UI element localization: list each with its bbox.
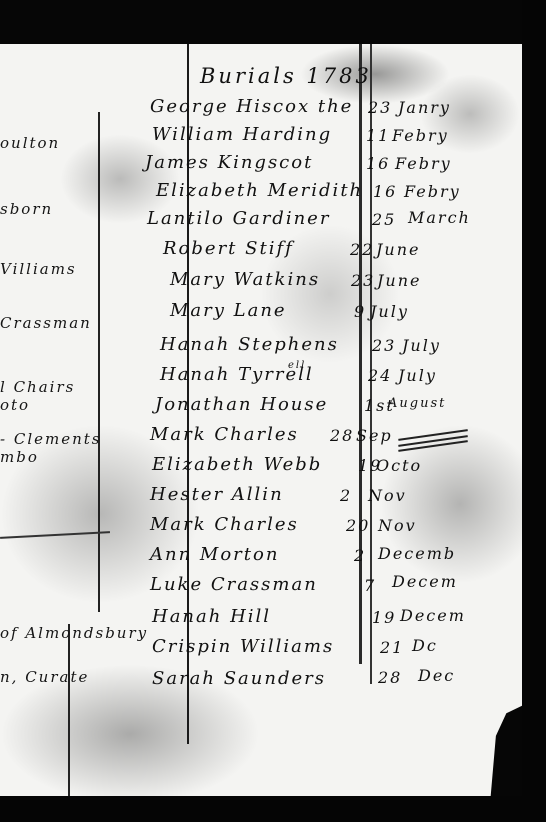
- margin-fragment: Villiams: [0, 260, 77, 278]
- scan-border: [0, 796, 546, 822]
- margin-fragment: sborn: [0, 200, 53, 218]
- entry-name: Mark Charles: [150, 514, 299, 535]
- entry-month: June: [376, 240, 421, 259]
- entry-day: 24: [368, 366, 392, 385]
- entry-name: Sarah Saunders: [152, 668, 326, 689]
- entry-name: Luke Crassman: [150, 574, 318, 595]
- entry-name: Elizabeth Meridith: [156, 180, 363, 201]
- entry-name: Hanah Stephens: [160, 334, 339, 355]
- entry-month: August: [388, 396, 446, 411]
- entry-month: July: [370, 302, 409, 321]
- entry-name: Robert Stiff: [163, 238, 294, 259]
- entry-month: Febry: [404, 182, 461, 201]
- entry-day: 25: [372, 210, 396, 229]
- entry-month: July: [402, 336, 441, 355]
- entry-month: Sep: [356, 426, 393, 445]
- entry-day: 22: [350, 240, 374, 259]
- entry-day: 19: [372, 608, 396, 627]
- entry-name: Hester Allin: [150, 484, 284, 505]
- margin-fragment: of Almondsbury: [0, 624, 148, 642]
- entry-name: Hanah Hill: [152, 606, 271, 627]
- entry-month: Febry: [392, 126, 449, 145]
- entry-month: Decem: [400, 606, 466, 625]
- margin-fragment: l Chairs: [0, 378, 75, 396]
- page-title: Burials 1783: [200, 64, 372, 88]
- entry-day: 7: [364, 576, 376, 595]
- register-page: Burials 1783 oulton sborn Villiams Crass…: [0, 44, 522, 796]
- entry-month: Febry: [395, 154, 452, 173]
- entry-month: July: [398, 366, 437, 385]
- entry-day: 11: [366, 126, 390, 145]
- entry-name: Lantilo Gardiner: [147, 208, 330, 229]
- entry-name: Mary Watkins: [170, 269, 320, 290]
- ruled-line: [0, 531, 110, 538]
- entry-name: William Harding: [152, 124, 332, 145]
- margin-fragment: Crassman: [0, 314, 92, 332]
- entry-name: James Kingscot: [145, 152, 313, 173]
- entry-day: 23: [351, 271, 375, 290]
- entry-month: Janry: [398, 98, 451, 117]
- entry-name: George Hiscox the: [150, 96, 353, 117]
- scan-border: [522, 0, 546, 822]
- margin-fragment: - Clements: [0, 430, 101, 448]
- entry-month: Dc: [412, 636, 438, 655]
- correction-note: ell: [288, 360, 306, 371]
- entry-day: 9: [354, 302, 366, 321]
- entry-day: 21: [380, 638, 404, 657]
- entry-day: 16: [366, 154, 390, 173]
- entry-month: Dec: [418, 666, 455, 685]
- entry-name: Mark Charles: [150, 424, 299, 445]
- entry-month: Octo: [376, 456, 422, 475]
- entry-name: Crispin Williams: [152, 636, 334, 657]
- margin-fragment: n, Curate: [0, 668, 89, 686]
- entry-day: 2: [354, 546, 366, 565]
- entry-day: 28: [330, 426, 354, 445]
- entry-name: Jonathan House: [155, 394, 328, 415]
- margin-fragment: oulton: [0, 134, 60, 152]
- entry-name: Mary Lane: [170, 300, 287, 321]
- entry-day: 23: [368, 98, 392, 117]
- entry-day: 2: [340, 486, 352, 505]
- entry-day: 20: [346, 516, 370, 535]
- entry-day: 28: [378, 668, 402, 687]
- scanned-document: Burials 1783 oulton sborn Villiams Crass…: [0, 0, 546, 822]
- entry-month: June: [377, 271, 422, 290]
- ruled-line: [359, 44, 362, 664]
- entry-month: Decem: [392, 572, 458, 591]
- entry-name: Ann Morton: [150, 544, 279, 565]
- ruled-line: [68, 624, 70, 796]
- entry-name: Elizabeth Webb: [152, 454, 322, 475]
- strike-marks: [398, 434, 468, 454]
- ruled-line: [98, 112, 100, 612]
- entry-month: Nov: [378, 516, 417, 535]
- entry-day: 16: [373, 182, 397, 201]
- entry-month: Nov: [368, 486, 407, 505]
- entry-month: Decemb: [378, 544, 456, 563]
- entry-day: 23: [372, 336, 396, 355]
- entry-month: March: [408, 208, 471, 227]
- margin-fragment: oto: [0, 396, 30, 414]
- margin-fragment: mbo: [0, 448, 39, 466]
